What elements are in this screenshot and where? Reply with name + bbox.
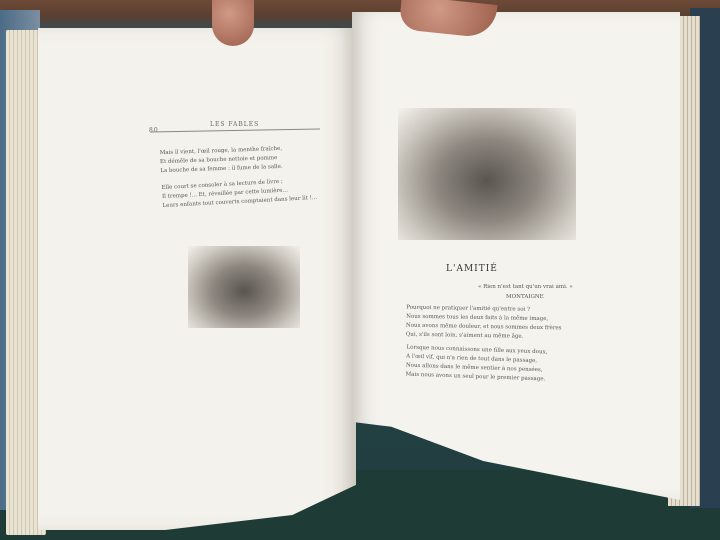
running-head: LES FABLES [210, 121, 259, 128]
interior-engraving [188, 246, 300, 328]
epigraph: « Rien n'est tant qu'un vrai ami. » [478, 283, 573, 292]
right-stanza-2: Lorsque nous connaissons une fille aux y… [405, 344, 547, 385]
left-stanza-1: Mais il vient, l'œil rouge, la menthe fr… [160, 145, 283, 176]
right-page [352, 12, 680, 500]
right-stanza-1: Pourquoi ne pratiquer l'amitié qu'entre … [406, 304, 562, 343]
arbor-engraving [398, 108, 576, 240]
epigraph-author: MONTAIGNE [506, 293, 544, 302]
left-thumb [212, 0, 254, 46]
poem-title: L'AMITIÉ [446, 264, 498, 274]
